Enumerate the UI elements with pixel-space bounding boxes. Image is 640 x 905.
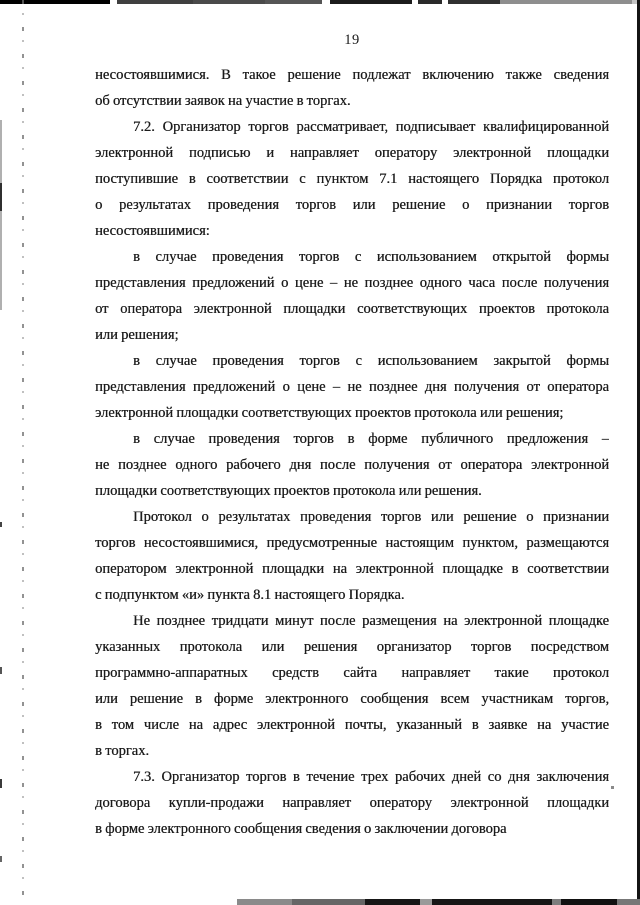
scan-artifact-left-dark-mark	[0, 183, 2, 211]
text-line: в том числе на адрес электронной почты, …	[95, 712, 609, 738]
scan-speck	[611, 786, 614, 789]
text-line: договора купли-продажи направляет операт…	[95, 790, 609, 816]
text-line: Не позднее тридцати минут после размещен…	[95, 608, 609, 634]
scan-speck	[0, 856, 2, 862]
text-line: Протокол о результатах проведения торгов…	[95, 504, 609, 530]
binding-dashed-line	[22, 0, 24, 905]
scan-speck	[0, 667, 2, 674]
text-line: в случае проведения торгов с использован…	[95, 348, 609, 374]
scan-artifact-bottom-bar	[0, 899, 640, 905]
text-line: с подпунктом «и» пункта 8.1 настоящего П…	[95, 582, 609, 608]
text-line: оператором электронной площадки на элект…	[95, 556, 609, 582]
text-line: от оператора электронной площадки соотве…	[95, 296, 609, 322]
text-line: представления предложений о цене – не по…	[95, 270, 609, 296]
text-line: электронной подписью и направляет операт…	[95, 140, 609, 166]
text-line: программно-аппаратных средств сайта напр…	[95, 660, 609, 686]
text-line: представления предложений о цене – не по…	[95, 374, 609, 400]
text-line: электронной площадки соответствующих про…	[95, 400, 609, 426]
text-line: не позднее одного рабочего дня после пол…	[95, 452, 609, 478]
page-number: 19	[95, 31, 609, 49]
text-line: в случае проведения торгов в форме публи…	[95, 426, 609, 452]
text-line: 7.2. Организатор торгов рассматривает, п…	[95, 114, 609, 140]
text-line: в форме электронного сообщения сведения …	[95, 816, 609, 842]
text-line: в торгах.	[95, 738, 609, 764]
text-line: или решение в форме электронного сообщен…	[95, 686, 609, 712]
text-line: несостоявшимися. В такое решение подлежа…	[95, 62, 609, 88]
text-line: площадки соответствующих проектов проток…	[95, 478, 609, 504]
scan-speck	[0, 779, 2, 788]
page-content: 19 несостоявшимися. В такое решение подл…	[95, 0, 609, 842]
scan-speck	[0, 522, 2, 527]
paragraphs: несостоявшимися. В такое решение подлежа…	[95, 62, 609, 842]
text-line: торгов несостоявшимися, предусмотренные …	[95, 530, 609, 556]
scan-artifact-left-strip	[0, 120, 2, 310]
text-line: 7.3. Организатор торгов в течение трех р…	[95, 764, 609, 790]
text-line: в случае проведения торгов с использован…	[95, 244, 609, 270]
scanned-document-page: 19 несостоявшимися. В такое решение подл…	[0, 0, 640, 905]
text-line: поступившие в соответствии с пунктом 7.1…	[95, 166, 609, 192]
text-line: об отсутствии заявок на участие в торгах…	[95, 88, 609, 114]
text-line: или решения;	[95, 322, 609, 348]
text-line: о результатах проведения торгов или реше…	[95, 192, 609, 218]
text-line: указанных протокола или решения организа…	[95, 634, 609, 660]
text-line: несостоявшимися:	[95, 218, 609, 244]
